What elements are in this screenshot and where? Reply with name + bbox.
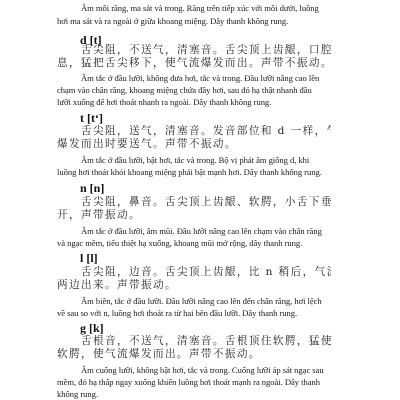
section-l-vi-line-2: về sau so với n, luồng hơi thoát ra từ h… — [57, 307, 331, 319]
section-d-zh-line-2: 息，猛把舌尖移下，使气流爆发而出。声带不振动。 — [57, 57, 331, 70]
section-heading-n: n [n] — [57, 181, 354, 195]
section-t-vi-line-2: luồng hơi thoát khỏi khoang miệng phải b… — [57, 166, 331, 178]
section-l-vi-line-1: Âm biên, tắc ở đầu lưỡi. Đầu lưỡi nâng c… — [57, 295, 331, 307]
section-g-zh-line-1: 舌根音，不送气，清塞音。舌根顶住软腭，猛使舌根离开 — [57, 335, 331, 348]
section-heading-t: t [tʻ] — [57, 111, 354, 125]
section-heading-l: l [l] — [57, 251, 354, 265]
section-t-zh-line-2: 爆发而出时要送气。声带不振动。 — [57, 138, 331, 151]
section-g-vi-line-2: mềm, đó hạ thấp ngay xuống khiến luồng h… — [57, 376, 331, 388]
section-d-vi-line-1: Âm tắc ở đầu lưỡi, không đưa hơi, tắc và… — [57, 72, 331, 84]
section-t-vi-line-1: Âm tắc ở đầu lưỡi, bật hơi, tắc và trong… — [57, 154, 331, 166]
section-n-vi-line-2: và ngạc mềm, tiểu thiệt hạ xuống, khoang… — [57, 237, 331, 249]
section-n-vi-line-1: Âm tắc ở đầu lưỡi, âm mũi. Đầu lưỡi nâng… — [57, 225, 331, 237]
section-d-vi-line-3: lưỡi xuống để hơi thoát nhanh ra ngoài. … — [57, 96, 331, 108]
section-heading-g: g [k] — [57, 321, 354, 335]
section-l-zh-line-2: 两边出来。声带振动。 — [57, 279, 331, 292]
section-g-vi-line-3: không rung. — [57, 388, 331, 400]
section-n-zh-line-2: 开，声带振动。 — [57, 209, 331, 222]
section-d-vi-line-2: chạm vào chân răng, khoang miệng chứa đầ… — [57, 84, 331, 96]
intro-vi-line-2: hơi ma sát và ra ngoài ở giữa khoang miệ… — [57, 15, 331, 27]
section-d-zh-line-1: 舌尖阻，不送气，清塞音。舌尖顶上齿龈，口腔充满气 — [57, 44, 331, 57]
section-t-zh-line-1: 舌尖阻，送气，清塞音。发音部位和 d 一样，气流从口腔 — [57, 125, 331, 138]
section-n-zh-line-1: 舌尖阻，鼻音。舌尖顶上齿龈、软腭，小舌下垂，鼻腔打 — [57, 196, 331, 209]
section-g-zh-line-2: 软腭，使气流爆发而出。声带不振动。 — [57, 348, 331, 361]
section-g-vi-line-1: Âm cuống lưỡi, không bật hơi, tắc và tro… — [57, 364, 331, 376]
intro-vi-line-1: Âm môi răng, ma sát và trong. Răng trên … — [57, 2, 331, 14]
section-l-zh-line-1: 舌尖阻，边音。舌尖顶上齿龈，比 n 稍后，气流从舌前部 — [57, 266, 331, 279]
